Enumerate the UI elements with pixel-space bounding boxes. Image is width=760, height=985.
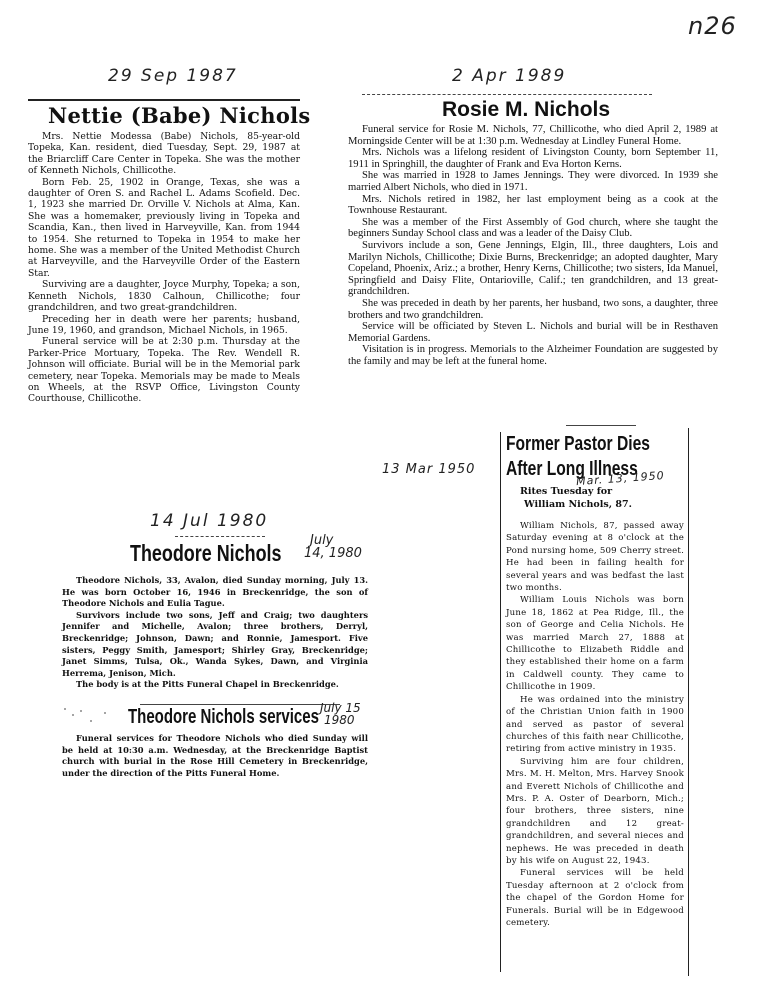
- rosie-paragraph: Mrs. Nichols retired in 1982, her last e…: [348, 194, 718, 217]
- theodore-top-rule: [175, 536, 265, 537]
- nettie-paragraph: Born Feb. 25, 1902 in Orange, Texas, she…: [28, 177, 300, 280]
- nettie-paragraph: Funeral service will be at 2:30 p.m. Thu…: [28, 336, 300, 404]
- william-right-border: [688, 428, 689, 976]
- william-paragraph: William Louis Nichols was born June 18, …: [506, 594, 684, 693]
- william-subhead-line2: William Nichols, 87.: [520, 498, 632, 511]
- rosie-paragraph: Mrs. Nichols was a lifelong resident of …: [348, 147, 718, 170]
- scan-speckle: [90, 720, 92, 722]
- william-paragraph: Surviving him are four children, Mrs. M.…: [506, 756, 684, 868]
- rosie-paragraph: Funeral service for Rosie M. Nichols, 77…: [348, 124, 718, 147]
- theodore-services-annotation-line2: 1980: [320, 714, 361, 726]
- rosie-paragraph: Service will be officiated by Steven L. …: [348, 321, 718, 344]
- william-subhead: Rites Tuesday for William Nichols, 87.: [520, 485, 632, 511]
- william-date-note: 13 Mar 1950: [382, 462, 475, 477]
- william-paragraph: Funeral services will be held Tuesday af…: [506, 867, 684, 929]
- scan-speckle: [104, 712, 106, 714]
- william-paragraph: He was ordained into the ministry of the…: [506, 694, 684, 756]
- rosie-headline: Rosie M. Nichols: [442, 98, 610, 122]
- theodore-services-annotation: July 15 1980: [320, 702, 361, 726]
- theodore-headline: Theodore Nichols: [130, 540, 282, 567]
- theodore-body: Theodore Nichols, 33, Avalon, died Sunda…: [62, 575, 368, 691]
- theodore-paragraph: The body is at the Pitts Funeral Chapel …: [62, 679, 368, 691]
- rosie-paragraph: She was a member of the First Assembly o…: [348, 217, 718, 240]
- page-number-annotation: n26: [688, 12, 737, 40]
- nettie-top-rule: [28, 99, 300, 101]
- scan-speckle: [72, 714, 74, 716]
- rosie-top-rule: [362, 94, 652, 95]
- nettie-paragraph: Mrs. Nettie Modessa (Babe) Nichols, 85-y…: [28, 131, 300, 177]
- rosie-paragraph: She was married in 1928 to James Jenning…: [348, 170, 718, 193]
- theodore-annotation-line2: 14, 1980: [304, 547, 362, 560]
- nettie-headline: Nettie (Babe) Nichols: [48, 103, 311, 128]
- rosie-body: Funeral service for Rosie M. Nichols, 77…: [348, 124, 718, 367]
- nettie-date-note: 29 Sep 1987: [108, 66, 238, 86]
- nettie-paragraph: Preceding her in death were her parents;…: [28, 314, 300, 337]
- theodore-headline-annotation: July 14, 1980: [304, 534, 362, 560]
- rosie-date-note: 2 Apr 1989: [452, 66, 566, 86]
- theodore-services-body: Funeral services for Theodore Nichols wh…: [62, 733, 368, 779]
- theodore-date-note: 14 Jul 1980: [150, 511, 268, 531]
- william-body: William Nichols, 87, passed away Saturda…: [506, 520, 684, 929]
- theodore-services-top-rule: [140, 704, 340, 705]
- nettie-body: Mrs. Nettie Modessa (Babe) Nichols, 85-y…: [28, 131, 300, 405]
- rosie-paragraph: Survivors include a son, Gene Jennings, …: [348, 240, 718, 298]
- william-left-border: [500, 432, 501, 972]
- theodore-paragraph: Survivors include two sons, Jeff and Cra…: [62, 610, 368, 680]
- rosie-paragraph: She was preceded in death by her parents…: [348, 298, 718, 321]
- william-paragraph: William Nichols, 87, passed away Saturda…: [506, 520, 684, 594]
- scan-speckle: [80, 710, 82, 712]
- theodore-services-paragraph: Funeral services for Theodore Nichols wh…: [62, 733, 368, 779]
- theodore-services-headline: Theodore Nichols services: [128, 706, 319, 729]
- scan-speckle: [64, 708, 66, 710]
- william-subhead-line1: Rites Tuesday for: [520, 485, 632, 498]
- william-top-rule: [566, 425, 636, 426]
- theodore-paragraph: Theodore Nichols, 33, Avalon, died Sunda…: [62, 575, 368, 610]
- william-headline-line1: Former Pastor Dies: [506, 432, 650, 457]
- nettie-paragraph: Surviving are a daughter, Joyce Murphy, …: [28, 279, 300, 313]
- rosie-paragraph: Visitation is in progress. Memorials to …: [348, 344, 718, 367]
